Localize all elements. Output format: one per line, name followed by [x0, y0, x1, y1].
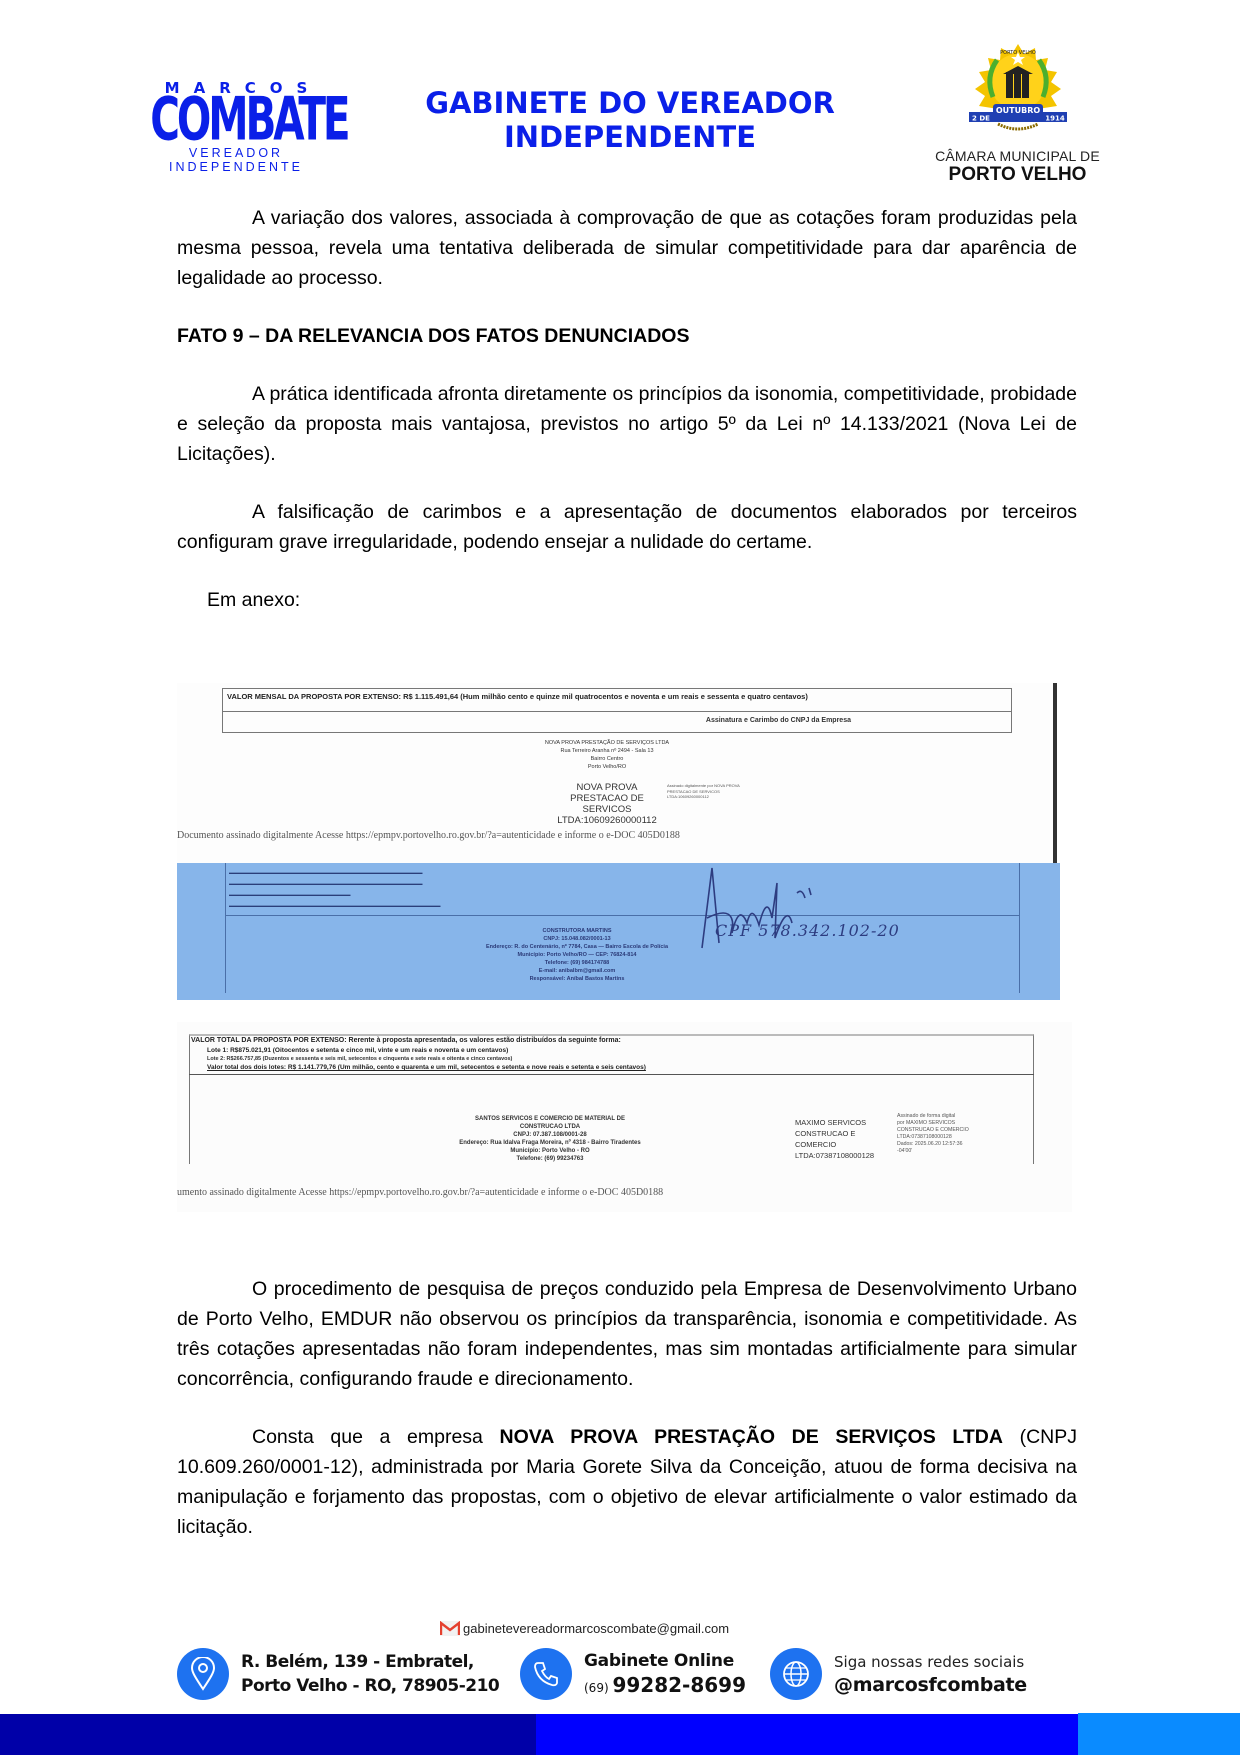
svg-text:1914: 1914	[1045, 115, 1065, 123]
svg-text:2 DE: 2 DE	[972, 115, 990, 123]
digital-signature-meta: Assinado de forma digital por MAXIMO SER…	[897, 1113, 977, 1155]
body-text-bottom: O procedimento de pesquisa de preços con…	[177, 1274, 1077, 1542]
scan-border	[1053, 683, 1057, 863]
handwritten-cpf: CPF 578.342.102-20	[715, 921, 900, 940]
lote-1-line: Lote 1: R$875.021,91 (Oitocentos e seten…	[207, 1047, 508, 1054]
annex-label: Em anexo:	[177, 585, 1077, 615]
footer-social: Siga nossas redes sociais @marcosfcombat…	[770, 1648, 1027, 1700]
location-pin-icon	[177, 1648, 229, 1700]
gmail-icon	[440, 1621, 460, 1636]
attachment-scan-santos-servicos: VALOR TOTAL DA PROPOSTA POR EXTENSO: Rer…	[177, 1022, 1072, 1212]
svg-text:PORTO VELHO: PORTO VELHO	[1000, 50, 1036, 56]
social-handle[interactable]: @marcosfcombate	[834, 1673, 1027, 1697]
scan-footer-note: Documento assinado digitalmente Acesse h…	[177, 830, 680, 841]
paragraph-4: O procedimento de pesquisa de preços con…	[177, 1274, 1077, 1394]
seal-emblem-icon: PORTO VELHO OUTUBRO 2 DE 1914	[963, 42, 1073, 142]
address-line-1: R. Belém, 139 - Embratel,	[241, 1650, 499, 1674]
digital-signature-meta: Assinado digitalmente por NOVA PROVA PRE…	[667, 783, 757, 800]
paragraph-1: A variação dos valores, associada à comp…	[177, 203, 1077, 293]
total-line: Valor total dos dois lotes: R$ 1.141.779…	[207, 1064, 646, 1071]
footer-bar-light	[1078, 1713, 1240, 1755]
seal-caption-line-1: CÂMARA MUNICIPAL DE	[925, 148, 1110, 164]
footer-address: R. Belém, 139 - Embratel, Porto Velho - …	[177, 1648, 499, 1700]
footer-bar-blue	[536, 1714, 1078, 1755]
email-address[interactable]: gabinetevereadormarcoscombate@gmail.com	[463, 1621, 729, 1636]
company-block: CONSTRUTORA MARTINS CNPJ: 15.048.082/000…	[447, 927, 707, 983]
social-label: Siga nossas redes sociais	[834, 1651, 1027, 1673]
paragraph-5: Consta que a empresa NOVA PROVA PRESTAÇÃ…	[177, 1422, 1077, 1542]
blurred-proposal-lines: ▬▬▬▬▬▬▬▬▬▬▬▬▬▬▬▬▬▬▬▬▬▬▬▬▬▬▬▬▬▬▬▬▬▬▬▬▬▬▬▬…	[229, 867, 441, 911]
combate-logo: MARCOS COMBATE VEREADOR INDEPENDENTE	[126, 80, 346, 174]
footer-phone: Gabinete Online (69) 99282-8699	[520, 1648, 746, 1700]
company-block: SANTOS SERVICOS E COMERCIO DE MATERIAL D…	[455, 1115, 645, 1163]
body-text-top: A variação dos valores, associada à comp…	[177, 203, 1077, 615]
title-line-1: GABINETE DO VEREADOR	[390, 86, 870, 120]
attachment-scan-nova-prova: VALOR MENSAL DA PROPOSTA POR EXTENSO: R$…	[177, 683, 1057, 863]
globe-icon	[770, 1648, 822, 1700]
svg-text:OUTUBRO: OUTUBRO	[996, 106, 1041, 115]
page-title: GABINETE DO VEREADOR INDEPENDENTE	[390, 86, 870, 154]
handwritten-signature-icon	[677, 863, 907, 963]
paragraph-3: A falsificação de carimbos e a apresenta…	[177, 497, 1077, 557]
camara-seal-logo: PORTO VELHO OUTUBRO 2 DE 1914 CÂMARA MUN…	[925, 42, 1110, 182]
address-line-2: Porto Velho - RO, 78905-210	[241, 1674, 499, 1698]
scan-footer-note: umento assinado digitalmente Acesse http…	[177, 1187, 663, 1198]
heading-fato-9: FATO 9 – DA RELEVANCIA DOS FATOS DENUNCI…	[177, 321, 1077, 351]
proposal-value-line: VALOR MENSAL DA PROPOSTA POR EXTENSO: R$…	[227, 692, 808, 701]
company-block: NOVA PROVA PRESTAÇÃO DE SERVIÇOS LTDA Ru…	[477, 739, 737, 771]
footer-email[interactable]: gabinetevereadormarcoscombate@gmail.com	[440, 1621, 860, 1636]
seal-caption-line-2: PORTO VELHO	[925, 164, 1110, 186]
footer-bar-dark	[0, 1714, 536, 1755]
phone-label: Gabinete Online	[584, 1649, 746, 1673]
company-name-highlight: NOVA PROVA PRESTAÇÃO DE SERVIÇOS LTDA	[500, 1426, 1003, 1448]
title-line-2: INDEPENDENTE	[390, 120, 870, 154]
signature-caption: Assinatura e Carimbo do CNPJ da Empresa	[706, 717, 851, 724]
phone-number[interactable]: 99282-8699	[612, 1673, 746, 1697]
attachment-scan-construtora-martins: ▬▬▬▬▬▬▬▬▬▬▬▬▬▬▬▬▬▬▬▬▬▬▬▬▬▬▬▬▬▬▬▬▬▬▬▬▬▬▬▬…	[177, 863, 1060, 1000]
logo-combate: COMBATE	[150, 95, 322, 146]
proposal-value-box: VALOR MENSAL DA PROPOSTA POR EXTENSO: R$…	[222, 688, 1012, 733]
lote-2-line: Lote 2: R$266.757,85 (Duzentos e sessent…	[207, 1056, 512, 1062]
phone-number-line[interactable]: (69) 99282-8699	[584, 1673, 746, 1700]
proposal-value-line: VALOR TOTAL DA PROPOSTA POR EXTENSO: Rer…	[191, 1037, 621, 1044]
phone-icon	[520, 1648, 572, 1700]
digital-signer: NOVA PROVA PRESTACAO DE SERVICOS LTDA:10…	[552, 782, 662, 826]
digital-signer: MAXIMO SERVICOS CONSTRUCAO E COMERCIO LT…	[795, 1117, 895, 1161]
paragraph-2: A prática identificada afronta diretamen…	[177, 379, 1077, 469]
